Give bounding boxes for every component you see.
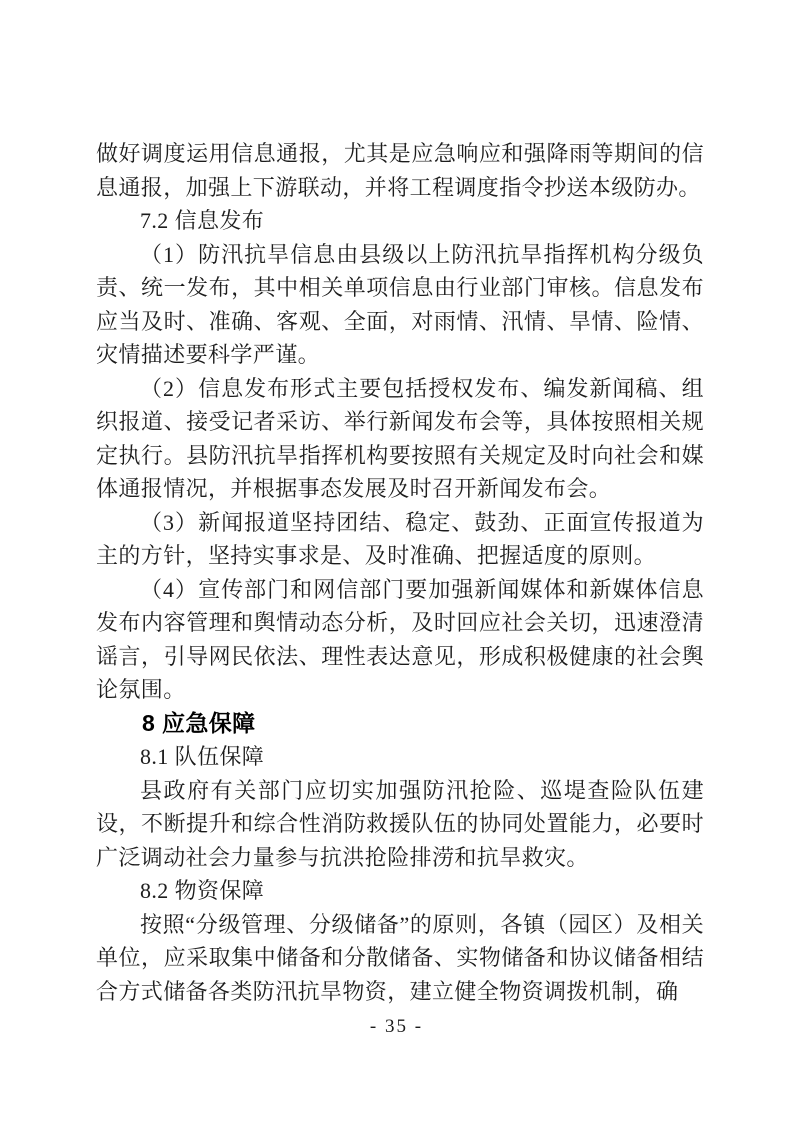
paragraph-info-release-item-4: （4）宣传部门和网信部门要加强新闻媒体和新媒体信息发布内容管理和舆情动态分析，及… xyxy=(96,573,704,707)
document-page: 做好调度运用信息通报，尤其是应急响应和强降雨等期间的信息通报，加强上下游联动，并… xyxy=(0,0,793,1122)
heading-8-2-material-support: 8.2 物资保障 xyxy=(96,874,704,908)
page-number: - 35 - xyxy=(0,1016,793,1038)
heading-8-1-team-support: 8.1 队伍保障 xyxy=(96,740,704,774)
page-content: 做好调度运用信息通报，尤其是应急响应和强降雨等期间的信息通报，加强上下游联动，并… xyxy=(96,137,704,1008)
heading-8-emergency-support: 8 应急保障 xyxy=(96,707,704,741)
paragraph-team-support: 县政府有关部门应切实加强防汛抢险、巡堤查险队伍建设，不断提升和综合性消防救援队伍… xyxy=(96,774,704,875)
paragraph-material-support: 按照“分级管理、分级储备”的原则，各镇（园区）及相关单位，应采取集中储备和分散储… xyxy=(96,908,704,1009)
paragraph-dispatch-info-continuation: 做好调度运用信息通报，尤其是应急响应和强降雨等期间的信息通报，加强上下游联动，并… xyxy=(96,137,704,204)
paragraph-info-release-item-3: （3）新闻报道坚持团结、稳定、鼓劲、正面宣传报道为主的方针，坚持实事求是、及时准… xyxy=(96,506,704,573)
paragraph-info-release-item-1: （1）防汛抗旱信息由县级以上防汛抗旱指挥机构分级负责、统一发布，其中相关单项信息… xyxy=(96,238,704,372)
heading-7-2-information-release: 7.2 信息发布 xyxy=(96,204,704,238)
paragraph-info-release-item-2: （2）信息发布形式主要包括授权发布、编发新闻稿、组织报道、接受记者采访、举行新闻… xyxy=(96,372,704,506)
